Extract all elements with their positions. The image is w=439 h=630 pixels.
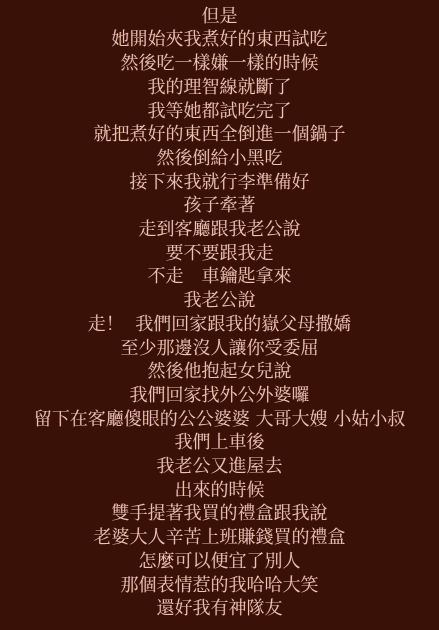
story-line: 她開始夾我煮好的東西試吃 [0,28,439,52]
story-line: 我等她都試吃完了 [0,100,439,124]
story-line: 要不要跟我走 [0,242,439,266]
story-lines: 我本來想說忍忍就算了但是她開始夾我煮好的東西試吃然後吃一樣嫌一樣的時候我的理智線… [0,0,439,621]
story-line: 不走 車鑰匙拿來 [0,265,439,289]
story-line: 走到客廳跟我老公說 [0,218,439,242]
story-line: 留下在客廳傻眼的公公婆婆 大哥大嫂 小姑小叔 [0,408,439,432]
story-line: 雙手提著我買的禮盒跟我說 [0,502,439,526]
story-line: 至少那邊沒人讓你受委屈 [0,337,439,361]
story-text-page: 我本來想說忍忍就算了但是她開始夾我煮好的東西試吃然後吃一樣嫌一樣的時候我的理智線… [0,0,439,630]
story-line: 接下來我就行李準備好 [0,171,439,195]
story-line: 出來的時候 [0,479,439,503]
story-line: 然後倒給小黑吃 [0,147,439,171]
story-line: 然後吃一樣嫌一樣的時候 [0,52,439,76]
story-line: 但是 [0,5,439,29]
story-line: 走！ 我們回家跟我的嶽父母撒嬌 [0,313,439,337]
story-line: 老婆大人辛苦上班賺錢買的禮盒 [0,526,439,550]
story-line: 我們回家找外公外婆囉 [0,384,439,408]
story-line: 然後他抱起女兒說 [0,360,439,384]
story-line: 孩子牽著 [0,194,439,218]
story-line: 我們上車後 [0,431,439,455]
story-line: 還好我有神隊友 [0,597,439,621]
story-line: 那個表情惹的我哈哈大笑 [0,574,439,598]
story-line: 就把煮好的東西全倒進一個鍋子 [0,123,439,147]
story-line: 怎麼可以便宜了別人 [0,550,439,574]
story-line: 我老公又進屋去 [0,455,439,479]
story-line: 我老公說 [0,289,439,313]
story-line: 我的理智線就斷了 [0,76,439,100]
